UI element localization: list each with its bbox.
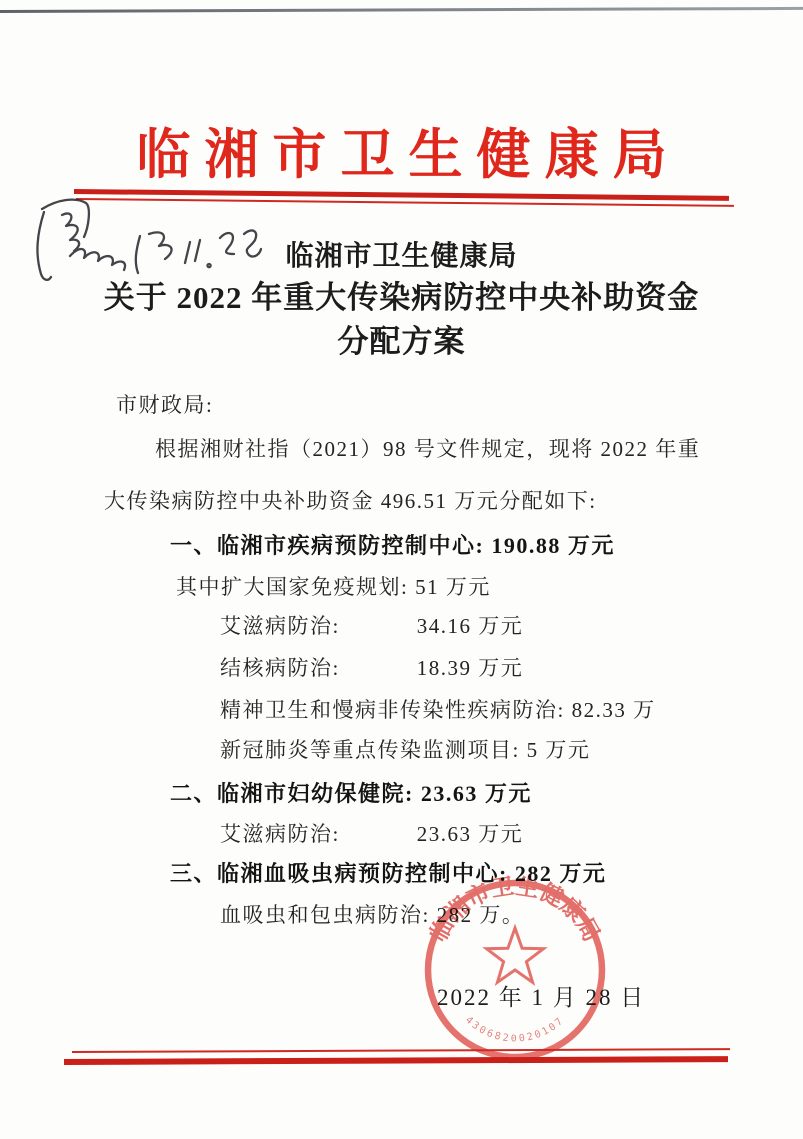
paragraph-line2: 大传染病防控中央补助资金 496.51 万元分配如下: xyxy=(104,485,597,515)
item-value: 18.39 万元 xyxy=(417,652,524,682)
salutation: 市财政局: xyxy=(116,389,213,419)
section1-heading: 一、临湘市疾病预防控制中心: 190.88 万元 xyxy=(170,529,615,560)
section2-heading: 二、临湘市妇幼保健院: 23.63 万元 xyxy=(170,777,532,808)
section1-item-covid-monitoring: 新冠肺炎等重点传染监测项目: 5 万元 xyxy=(220,734,590,764)
footer-rule-thick xyxy=(64,1056,728,1065)
item-value: 34.16 万元 xyxy=(417,610,524,640)
item-value: 23.63 万元 xyxy=(417,818,524,848)
section2-item-aids: 艾滋病防治: 23.63 万元 xyxy=(220,818,523,848)
seal-code-container: 4306820020107 xyxy=(463,1015,567,1045)
seal-star-icon xyxy=(487,928,544,982)
handwriting-stroke xyxy=(42,200,89,237)
scan-edge-artifact xyxy=(0,7,803,13)
doc-title-line1: 临湘市卫生健康局 xyxy=(0,234,803,274)
item-value: 82.33 万 xyxy=(572,694,656,724)
scanned-document-page: 临湘市卫生健康局 临湘市卫生健康局 关于 2022 年重大传染病防控中央补助资金… xyxy=(0,0,803,1139)
section1-item-tb: 结核病防治: 18.39 万元 xyxy=(220,652,523,682)
item-label: 血吸虫和包虫病防治: xyxy=(220,903,430,927)
document-date: 2022 年 1 月 28 日 xyxy=(437,979,645,1012)
paragraph-line1: 根据湘财社指（2021）98 号文件规定，现将 2022 年重 xyxy=(155,433,700,463)
footer-rule-thin xyxy=(72,1048,730,1053)
item-value: 51 万元 xyxy=(415,571,491,601)
item-label: 其中扩大国家免疫规划: xyxy=(176,575,408,599)
section1-item-mental-health: 精神卫生和慢病非传染性疾病防治: 82.33 万 xyxy=(220,694,656,724)
item-value: 5 万元 xyxy=(527,734,591,764)
item-label: 结核病防治: xyxy=(220,652,410,682)
item-label: 艾滋病防治: xyxy=(220,818,410,848)
section1-item-immunization: 其中扩大国家免疫规划: 51 万元 xyxy=(176,571,491,601)
section1-item-aids: 艾滋病防治: 34.16 万元 xyxy=(220,610,523,640)
item-label: 精神卫生和慢病非传染性疾病防治: xyxy=(220,698,565,722)
item-label: 新冠肺炎等重点传染监测项目: xyxy=(220,738,520,762)
item-label: 艾滋病防治: xyxy=(220,610,410,640)
doc-title-line3: 分配方案 xyxy=(0,316,803,361)
letterhead-agency-name: 临湘市卫生健康局 xyxy=(0,112,803,189)
doc-title-line2: 关于 2022 年重大传染病防控中央补助资金 xyxy=(0,272,803,317)
seal-code: 4306820020107 xyxy=(463,1015,567,1045)
